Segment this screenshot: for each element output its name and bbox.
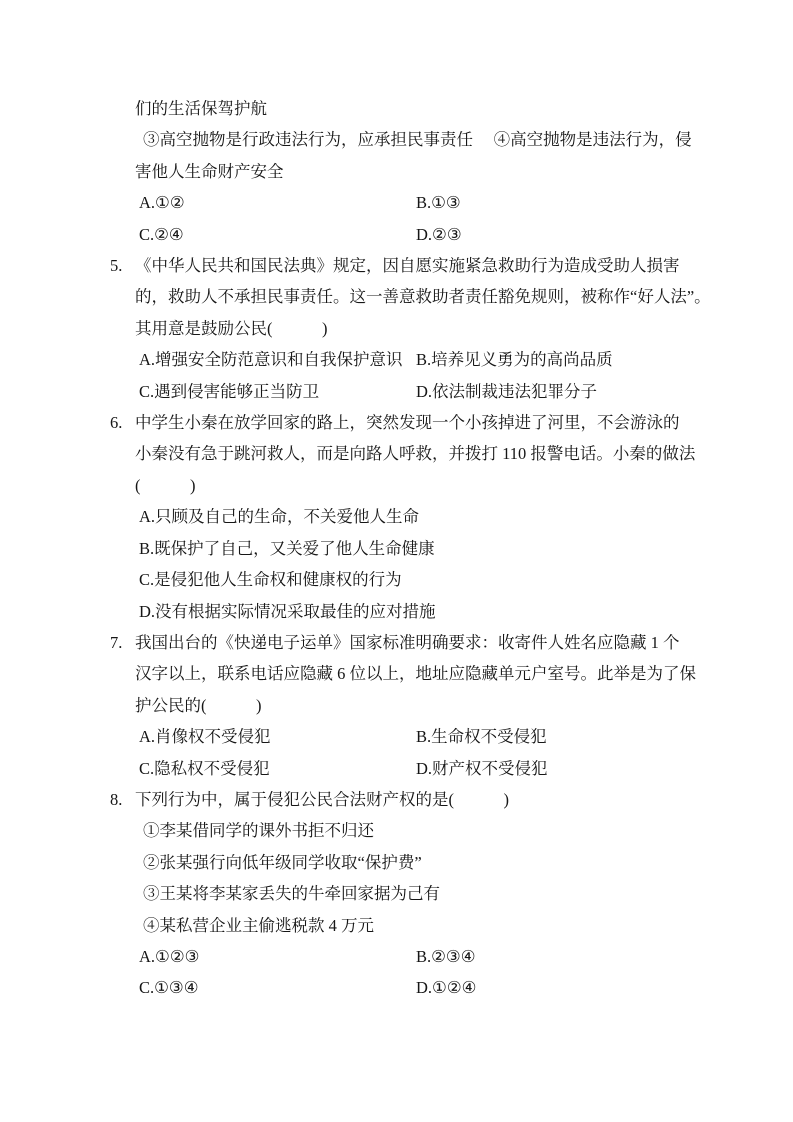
question-8-option-a: A.①②③ — [139, 941, 416, 972]
question-8-options: A.①②③ B.②③④ C.①③④ D.①②④ — [135, 941, 696, 1004]
question-7-number: 7. — [110, 627, 122, 658]
question-6-option-b: B.既保护了自己，又关爱了他人生命健康 — [139, 533, 696, 564]
question-8-stem-line: 下列行为中，属于侵犯公民合法财产权的是( ) — [135, 784, 696, 815]
question-8-option-b: B.②③④ — [416, 941, 696, 972]
question-5: 5. 《中华人民共和国民法典》规定，因自愿实施紧急救助行为造成受助人损害 的，救… — [110, 250, 696, 407]
question-8: 8. 下列行为中，属于侵犯公民合法财产权的是( ) ①李某借同学的课外书拒不归还… — [110, 784, 696, 1004]
question-6-stem-line: ( ) — [135, 470, 696, 501]
question-7-option-d: D.财产权不受侵犯 — [416, 753, 696, 784]
question-7-option-b: B.生命权不受侵犯 — [416, 721, 696, 752]
question-8-statement-line: ②张某强行向低年级同学收取“保护费” — [135, 847, 696, 878]
question-7: 7. 我国出台的《快递电子运单》国家标准明确要求：收寄件人姓名应隐藏 1 个 汉… — [110, 627, 696, 784]
question-5-stem-line: 其用意是鼓励公民( ) — [135, 313, 696, 344]
question-6-option-c: C.是侵犯他人生命权和健康权的行为 — [139, 564, 696, 595]
question-8-statement-line: ④某私营企业主偷逃税款 4 万元 — [135, 910, 696, 941]
question-8-statement-line: ③王某将李某家丢失的牛牵回家据为己有 — [135, 878, 696, 909]
question-8-option-c: C.①③④ — [139, 972, 416, 1003]
question-6: 6. 中学生小秦在放学回家的路上，突然发现一个小孩掉进了河里，不会游泳的 小秦没… — [110, 407, 696, 627]
question-8-number: 8. — [110, 784, 122, 815]
question-7-options: A.肖像权不受侵犯 B.生命权不受侵犯 C.隐私权不受侵犯 D.财产权不受侵犯 — [135, 721, 696, 784]
question-4-options: A.①② B.①③ C.②④ D.②③ — [135, 187, 696, 250]
question-4-option-c: C.②④ — [139, 219, 416, 250]
question-4-statement-line: 害他人生命财产安全 — [135, 156, 696, 187]
question-7-stem-line: 我国出台的《快递电子运单》国家标准明确要求：收寄件人姓名应隐藏 1 个 — [135, 627, 696, 658]
document-content: 们的生活保驾护航 ③高空抛物是行政违法行为，应承担民事责任 ④高空抛物是违法行为… — [110, 93, 696, 1004]
question-4-partial: 们的生活保驾护航 ③高空抛物是行政违法行为，应承担民事责任 ④高空抛物是违法行为… — [110, 93, 696, 250]
question-6-option-a: A.只顾及自己的生命，不关爱他人生命 — [139, 501, 696, 532]
question-6-stem-line: 中学生小秦在放学回家的路上，突然发现一个小孩掉进了河里，不会游泳的 — [135, 407, 696, 438]
question-6-number: 6. — [110, 407, 122, 438]
question-7-stem-line: 汉字以上，联系电话应隐藏 6 位以上，地址应隐藏单元户室号。此举是为了保 — [135, 658, 696, 689]
question-5-stem-line: 《中华人民共和国民法典》规定，因自愿实施紧急救助行为造成受助人损害 — [135, 250, 696, 281]
question-4-option-a: A.①② — [139, 187, 416, 218]
question-5-number: 5. — [110, 250, 122, 281]
question-6-option-d: D.没有根据实际情况采取最佳的应对措施 — [139, 596, 696, 627]
question-5-stem-line: 的，救助人不承担民事责任。这一善意救助者责任豁免规则，被称作“好人法”。 — [135, 281, 696, 312]
question-5-option-b: B.培养见义勇为的高尚品质 — [416, 344, 696, 375]
question-5-options: A.增强安全防范意识和自我保护意识 B.培养见义勇为的高尚品质 C.遇到侵害能够… — [135, 344, 696, 407]
question-7-option-a: A.肖像权不受侵犯 — [139, 721, 416, 752]
question-4-statement-line: ③高空抛物是行政违法行为，应承担民事责任 ④高空抛物是违法行为，侵 — [135, 124, 696, 155]
question-4-option-d: D.②③ — [416, 219, 696, 250]
question-6-stem-line: 小秦没有急于跳河救人，而是向路人呼救，并拨打 110 报警电话。小秦的做法 — [135, 438, 696, 469]
question-5-option-a: A.增强安全防范意识和自我保护意识 — [139, 344, 416, 375]
question-8-option-d: D.①②④ — [416, 972, 696, 1003]
document-page: 们的生活保驾护航 ③高空抛物是行政违法行为，应承担民事责任 ④高空抛物是违法行为… — [0, 0, 793, 1122]
question-7-option-c: C.隐私权不受侵犯 — [139, 753, 416, 784]
question-8-statement-line: ①李某借同学的课外书拒不归还 — [135, 815, 696, 846]
question-4-continuation-line: 们的生活保驾护航 — [135, 93, 696, 124]
question-4-option-b: B.①③ — [416, 187, 696, 218]
question-7-stem-line: 护公民的( ) — [135, 690, 696, 721]
question-5-option-d: D.依法制裁违法犯罪分子 — [416, 376, 696, 407]
question-5-option-c: C.遇到侵害能够正当防卫 — [139, 376, 416, 407]
question-6-options: A.只顾及自己的生命，不关爱他人生命 B.既保护了自己，又关爱了他人生命健康 C… — [135, 501, 696, 627]
